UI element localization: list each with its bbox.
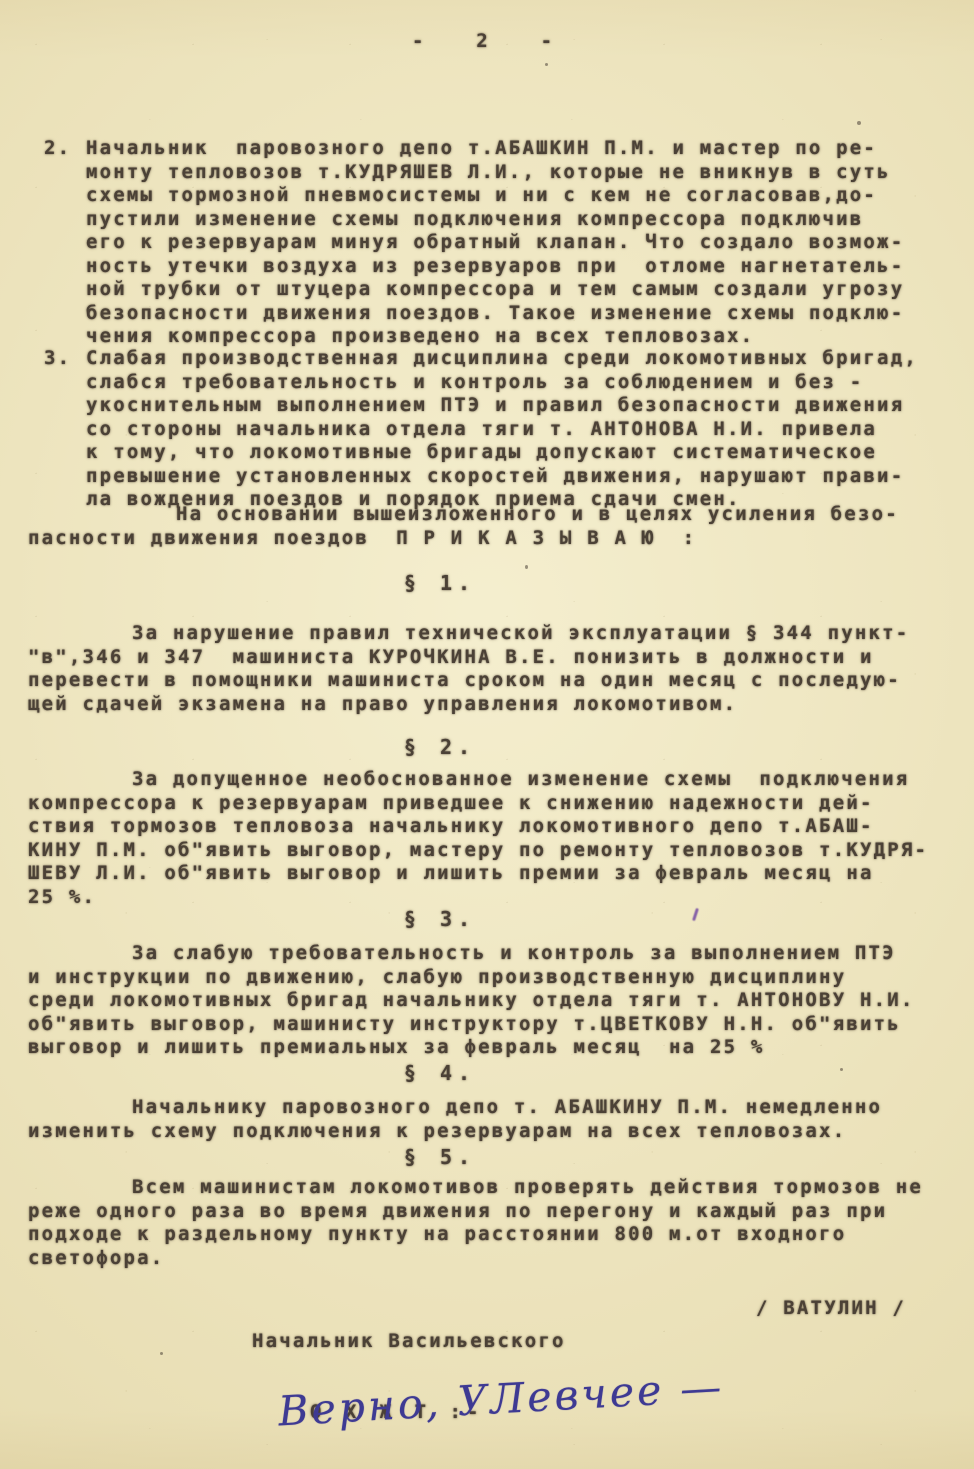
section-3-paragraph: За слабую требовательность и контроль за…	[28, 942, 968, 1060]
section-heading-2: § 2.	[0, 736, 880, 760]
section-1-paragraph: За нарушение правил технической эксплуат…	[28, 622, 968, 716]
text-line: КИНУ П.М. об"явить выговор, мастеру по р…	[28, 839, 968, 863]
section-5-paragraph: Всем машинистам локомотивов проверять де…	[28, 1176, 968, 1270]
text-line: выговор и лишить премиальных за февраль …	[28, 1036, 968, 1060]
text-line: об"явить выговор, машинисту инструктору …	[28, 1013, 968, 1037]
item-number: 2.	[44, 137, 71, 161]
ink-speck	[160, 1352, 163, 1355]
ink-speck	[857, 121, 861, 125]
text-line: На основании вышеизложенного и в целях у…	[28, 503, 968, 527]
text-line: "в",346 и 347 машиниста КУРОЧКИНА В.Е. п…	[28, 646, 968, 670]
text-line: ной трубки от штуцера компрессора и тем …	[86, 278, 966, 302]
item-number: 3.	[44, 347, 71, 371]
ink-speck	[525, 565, 528, 569]
section-heading-5: § 5.	[0, 1146, 880, 1170]
item-3-paragraph: Слабая производственная дисциплина среди…	[86, 347, 966, 512]
signatory-title-line: Начальник Васильевского	[252, 1330, 566, 1354]
text-line: Начальник паровозного депо т.АБАШКИН П.М…	[86, 137, 966, 161]
ink-speck	[545, 63, 548, 66]
ink-speck	[840, 1068, 843, 1071]
section-2-paragraph: За допущенное необоснованное изменение с…	[28, 768, 968, 909]
text-line: среди локомотивных бригад начальнику отд…	[28, 989, 968, 1013]
text-line: Начальнику паровозного депо т. АБАШКИНУ …	[28, 1096, 968, 1120]
section-4-paragraph: Начальнику паровозного депо т. АБАШКИНУ …	[28, 1096, 968, 1143]
text-line: со стороны начальника отдела тяги т. АНТ…	[86, 418, 966, 442]
text-line: к тому, что локомотивные бригады допуска…	[86, 441, 966, 465]
text-line: слабся требовательность и контроль за со…	[86, 371, 966, 395]
text-line: пасности движения поездов П Р И К А З Ы …	[28, 527, 968, 551]
text-line: безопасности движения поездов. Такое изм…	[86, 302, 966, 326]
text-line: изменить схему подключения к резервуарам…	[28, 1120, 968, 1144]
item-2-paragraph: Начальник паровозного депо т.АБАШКИН П.М…	[86, 137, 966, 349]
text-line: ШЕВУ Л.И. об"явить выговор и лишить прем…	[28, 862, 968, 886]
text-line: схемы тормозной пневмосистемы и ни с кем…	[86, 184, 966, 208]
signatory-name: / ВАТУЛИН /	[756, 1297, 906, 1321]
text-line: перевести в помощники машиниста сроком н…	[28, 669, 968, 693]
text-line: превышение установленных скоростей движе…	[86, 465, 966, 489]
section-heading-3: § 3.	[0, 908, 880, 932]
text-line: чения компрессора произведено на всех те…	[86, 325, 966, 349]
text-line: укоснительным выполнением ПТЭ и правил б…	[86, 394, 966, 418]
section-heading-1: § 1.	[0, 572, 880, 596]
text-line: щей сдачей экзамена на право управления …	[28, 693, 968, 717]
text-line: пустили изменение схемы подключения комп…	[86, 208, 966, 232]
order-lead-in: На основании вышеизложенного и в целях у…	[28, 503, 968, 550]
text-line: монту тепловозов т.КУДРЯШЕВ Л.И., которы…	[86, 161, 966, 185]
text-line: За нарушение правил технической эксплуат…	[28, 622, 968, 646]
text-line: 25 %.	[28, 886, 968, 910]
page-number: - 2 -	[0, 30, 974, 54]
text-line: ность утечки воздуха из резервуаров при …	[86, 255, 966, 279]
text-line: За слабую требовательность и контроль за…	[28, 942, 968, 966]
section-heading-4: § 4.	[0, 1062, 880, 1086]
text-line: и инструкции по движению, слабую произво…	[28, 966, 968, 990]
text-line: Всем машинистам локомотивов проверять де…	[28, 1176, 968, 1200]
text-line: его к резервуарам минуя обратный клапан.…	[86, 231, 966, 255]
text-line: компрессора к резервуарам приведшее к сн…	[28, 792, 968, 816]
text-line: подходе к раздельному пункту на расстоян…	[28, 1223, 968, 1247]
text-line: Слабая производственная дисциплина среди…	[86, 347, 966, 371]
text-line: светофора.	[28, 1247, 968, 1271]
text-line: ствия тормозов тепловоза начальнику локо…	[28, 815, 968, 839]
document-page: - 2 - 2. Начальник паровозного депо т.АБ…	[0, 0, 974, 1469]
text-line: За допущенное необоснованное изменение с…	[28, 768, 968, 792]
text-line: реже одного раза во время движения по пе…	[28, 1200, 968, 1224]
